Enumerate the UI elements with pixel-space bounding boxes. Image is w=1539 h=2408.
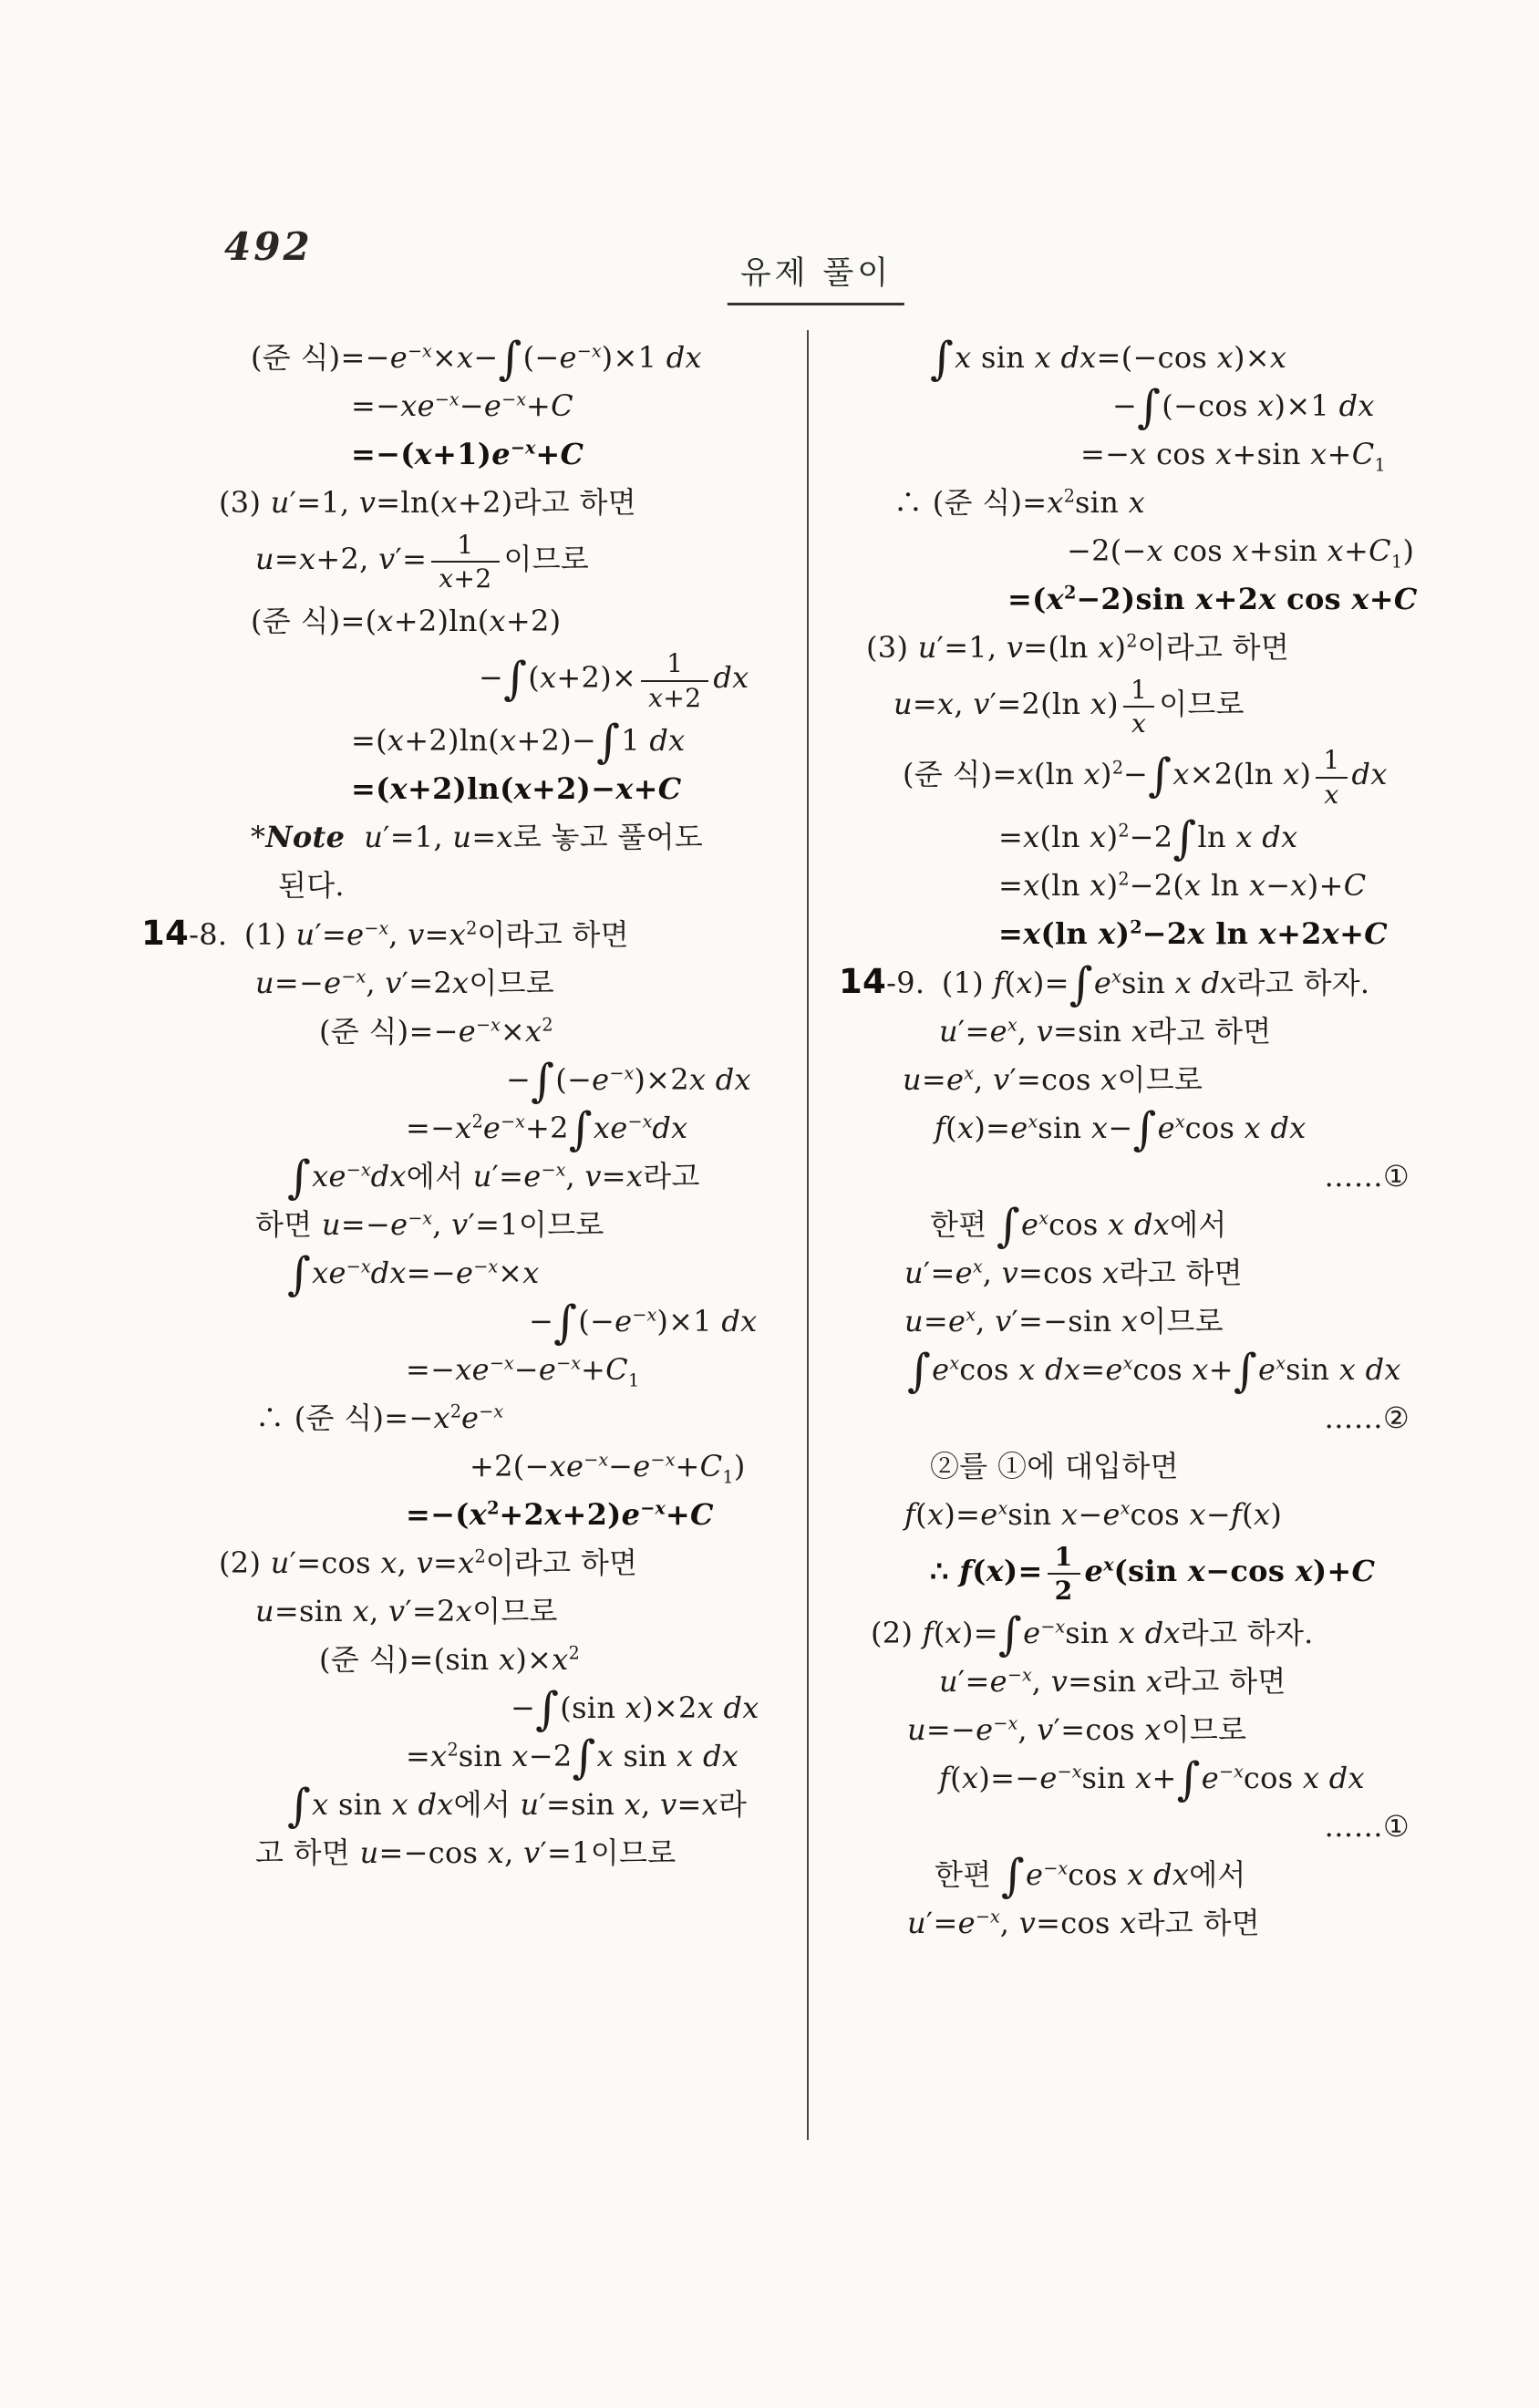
integral-sign: ∫	[503, 661, 527, 698]
formula-line: −2(−x cos x+sin x+C1)	[839, 530, 1455, 572]
formula-line: 14-9. (1) f(x)=∫exsin x dx라고 하자.	[839, 961, 1455, 1004]
formula-line: 하면 u=−e−x, v′=1이므로	[141, 1204, 785, 1245]
formula-line: u=x, v′=2(ln x)1x이므로	[839, 675, 1455, 739]
formula-line: (준 식)=−e−x×x−∫(−e−x)×1 dx	[141, 336, 785, 378]
formula-line: 한편 ∫excos x dx에서	[839, 1204, 1455, 1245]
integral-sign: ∫	[553, 1305, 577, 1341]
formula-line: (3) u′=1, v=ln(x+2)라고 하면	[141, 481, 785, 523]
integral-sign: ∫	[1001, 1858, 1025, 1895]
left-column: (준 식)=−e−x×x−∫(−e−x)×1 dx=−xe−x−e−x+C=−(…	[141, 330, 785, 1880]
formula-line: −∫(x+2)×1x+2dx	[141, 648, 785, 712]
integral-sign: ∫	[1132, 1111, 1156, 1148]
right-column: ∫x sin x dx=(−cos x)×x−∫(−cos x)×1 dx=−x…	[839, 330, 1455, 1950]
formula-line: (준 식)=−e−x×x2	[141, 1010, 785, 1052]
formula-line: =−xe−x−e−x+C1	[141, 1349, 785, 1390]
formula-line: u′=ex, v=cos x라고 하면	[839, 1252, 1455, 1294]
formula-line: 한편 ∫e−xcos x dx에서	[839, 1854, 1455, 1896]
formula-line: =x(ln x)2−2x ln x+2x+C	[839, 913, 1455, 955]
formula-line: f(x)=−e−xsin x+∫e−xcos x dx	[839, 1757, 1455, 1799]
integral-sign: ∫	[1069, 966, 1093, 1003]
formula-line: f(x)=exsin x−∫excos x dx	[839, 1107, 1455, 1149]
integral-sign: ∫	[1177, 1762, 1201, 1798]
formula-line: =−(x2+2x+2)e−x+C	[141, 1493, 785, 1535]
formula-line: −∫(−e−x)×2x dx	[141, 1059, 785, 1101]
formula-line: *Note u′=1, u=x로 놓고 풀어도	[141, 816, 785, 858]
integral-sign: ∫	[1148, 758, 1172, 794]
formula-line: u′=e−x, v=sin x라고 하면	[839, 1660, 1455, 1702]
formula-line: =(x2−2)sin x+2x cos x+C	[839, 578, 1455, 620]
formula-line: (3) u′=1, v=(ln x)2이라고 하면	[839, 626, 1455, 668]
formula-line: ∫x sin x dx=(−cos x)×x	[839, 336, 1455, 378]
formula-line: 고 하면 u=−cos x, v′=1이므로	[141, 1832, 785, 1874]
formula-line: u=ex, v′=−sin x이므로	[839, 1300, 1455, 1342]
formula-line: −∫(−cos x)×1 dx	[839, 385, 1455, 427]
integral-sign: ∫	[1172, 821, 1196, 857]
formula-line: −∫(−e−x)×1 dx	[141, 1300, 785, 1342]
problem-number: 14	[839, 962, 886, 1001]
formula-line: ∴ f(x)=12ex(sin x−cos x)+C	[839, 1542, 1455, 1606]
formula-line: 14-8. (1) u′=e−x, v=x2이라고 하면	[141, 913, 785, 956]
formula-line: +2(−xe−x−e−x+C1)	[141, 1445, 785, 1487]
integral-sign: ∫	[569, 1111, 593, 1148]
formula-line: =(x+2)ln(x+2)−∫1 dx	[141, 719, 785, 761]
formula-line: =−x cos x+sin x+C1	[839, 433, 1455, 475]
problem-number-suffix: -8.	[189, 917, 237, 952]
formula-line: ∫xe−xdx=−e−x×x	[141, 1252, 785, 1294]
formula-line: (준 식)=(x+2)ln(x+2)	[141, 600, 785, 642]
integral-sign: ∫	[573, 1740, 596, 1776]
problem-number-suffix: -9.	[886, 966, 935, 1000]
formula-line: ……①	[839, 1805, 1455, 1847]
integral-sign: ∫	[930, 341, 954, 377]
formula-line: =(x+2)ln(x+2)−x+C	[141, 768, 785, 810]
formula-line: ∫excos x dx=excos x+∫exsin x dx	[839, 1349, 1455, 1390]
formula-line: ∫xe−xdx에서 u′=e−x, v=x라고	[141, 1155, 785, 1197]
integral-sign: ∫	[287, 1256, 311, 1293]
column-divider	[807, 330, 809, 2140]
formula-line: f(x)=exsin x−excos x−f(x)	[839, 1493, 1455, 1535]
formula-line: ∴ (준 식)=−x2e−x	[141, 1397, 785, 1439]
integral-sign: ∫	[998, 1617, 1022, 1653]
formula-line: u=x+2, v′=1x+2이므로	[141, 530, 785, 594]
formula-line: u=sin x, v′=2x이므로	[141, 1590, 785, 1632]
integral-sign: ∫	[596, 724, 620, 760]
formula-line: 된다.	[141, 864, 785, 906]
integral-sign: ∫	[287, 1788, 311, 1824]
formula-line: (준 식)=(sin x)×x2	[141, 1638, 785, 1680]
formula-line: u=−e−x, v′=cos x이므로	[839, 1709, 1455, 1751]
formula-line: =x(ln x)2−2(x ln x−x)+C	[839, 864, 1455, 906]
formula-line: (2) f(x)=∫e−xsin x dx라고 하자.	[839, 1612, 1455, 1654]
page-header-title: 유제 풀이	[728, 248, 904, 305]
formula-line: ∴ (준 식)=x2sin x	[839, 481, 1455, 523]
formula-line: (준 식)=x(ln x)2−∫x×2(ln x)1xdx	[839, 745, 1455, 809]
textbook-page: 492 유제 풀이 (준 식)=−e−x×x−∫(−e−x)×1 dx=−xe−…	[0, 0, 1539, 2408]
formula-line: ……②	[839, 1397, 1455, 1439]
integral-sign: ∫	[531, 1063, 554, 1100]
formula-line: ②를 ①에 대입하면	[839, 1445, 1455, 1487]
formula-line: −∫(sin x)×2x dx	[141, 1687, 785, 1729]
formula-line: =−x2e−x+2∫xe−xdx	[141, 1107, 785, 1149]
page-number: 492	[224, 224, 313, 269]
integral-sign: ∫	[498, 341, 522, 377]
formula-line: u′=e−x, v=cos x라고 하면	[839, 1902, 1455, 1944]
problem-number: 14	[141, 914, 189, 953]
integral-sign: ∫	[997, 1208, 1020, 1245]
integral-sign: ∫	[1234, 1353, 1257, 1390]
formula-line: =x2sin x−2∫x sin x dx	[141, 1735, 785, 1777]
formula-line: =x(ln x)2−2∫ln x dx	[839, 816, 1455, 858]
formula-line: =−xe−x−e−x+C	[141, 385, 785, 427]
formula-line: (2) u′=cos x, v=x2이라고 하면	[141, 1542, 785, 1584]
formula-line: u=ex, v′=cos x이므로	[839, 1059, 1455, 1101]
formula-line: ……①	[839, 1155, 1455, 1197]
formula-line: ∫x sin x dx에서 u′=sin x, v=x라	[141, 1783, 785, 1825]
formula-line: u′=ex, v=sin x라고 하면	[839, 1010, 1455, 1052]
integral-sign: ∫	[287, 1160, 311, 1196]
integral-sign: ∫	[907, 1353, 931, 1390]
formula-line: =−(x+1)e−x+C	[141, 433, 785, 475]
integral-sign: ∫	[1137, 389, 1161, 426]
integral-sign: ∫	[535, 1691, 559, 1728]
formula-line: u=−e−x, v′=2x이므로	[141, 962, 785, 1004]
